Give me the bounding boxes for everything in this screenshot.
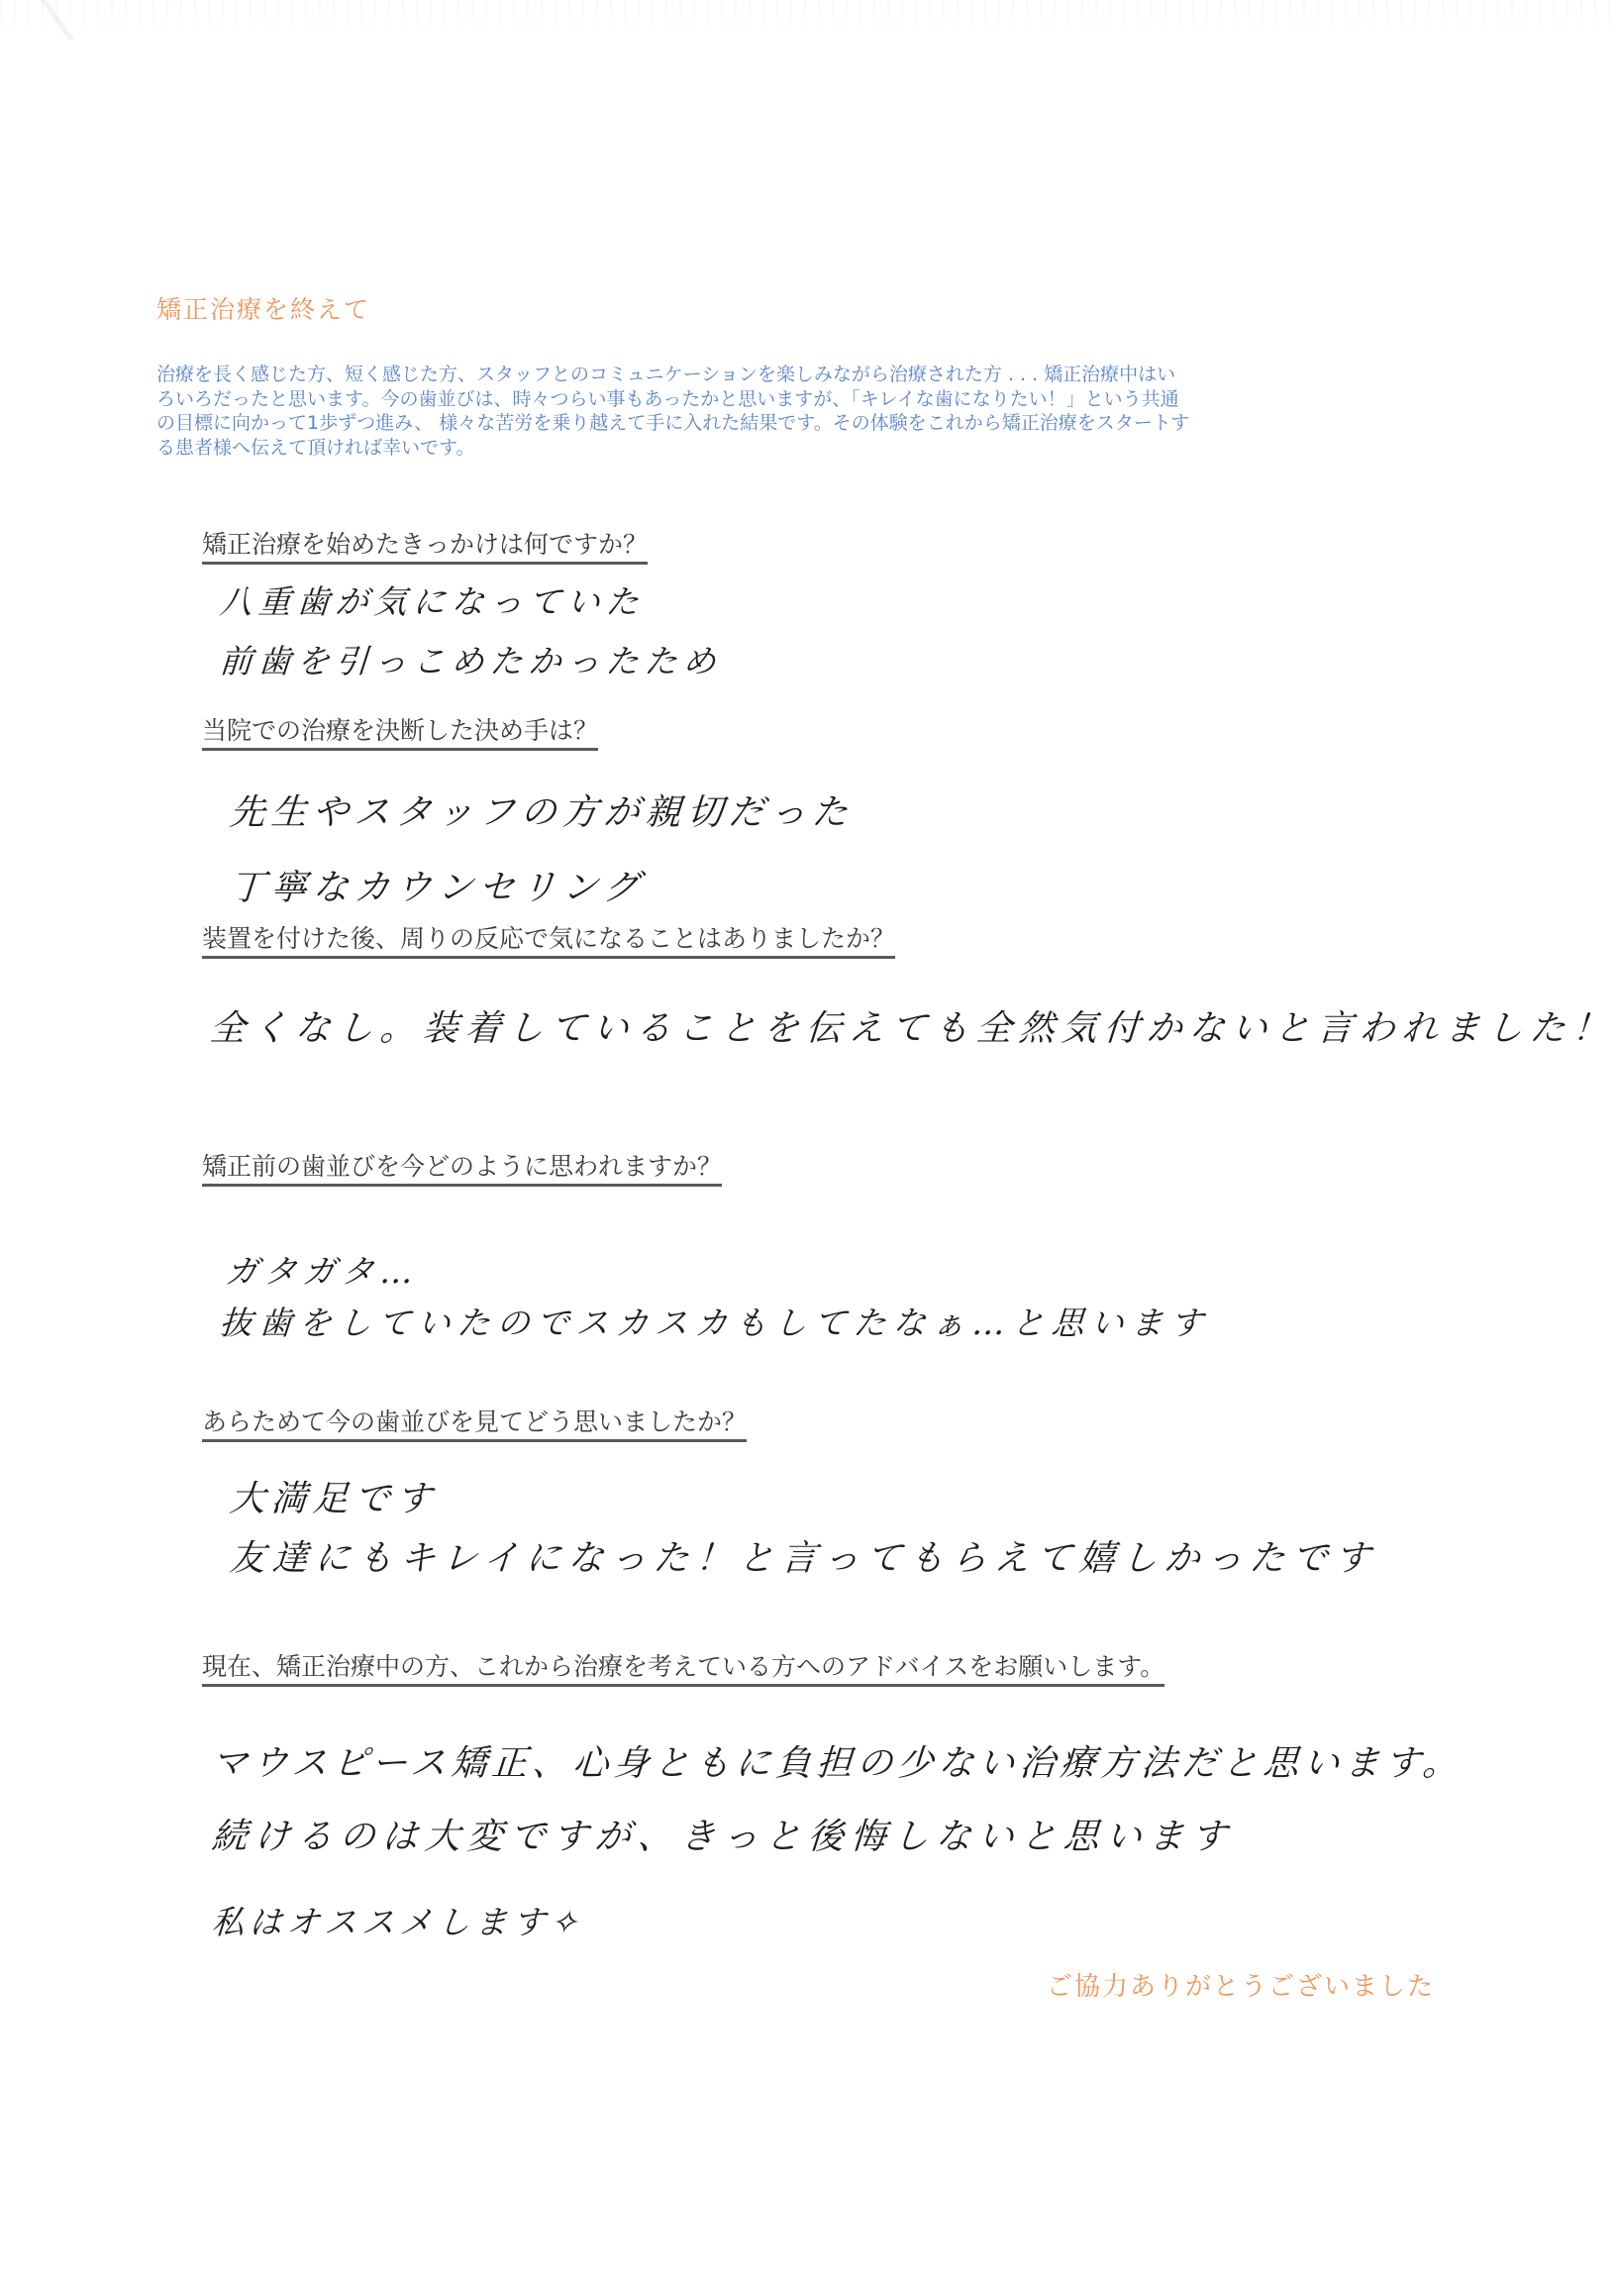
question-6: 現在、矯正治療中の方、これから治療を考えている方へのアドバイスをお願いします。 [202,1651,1164,1687]
question-3: 装置を付けた後、周りの反応で気になることはありましたか？ [202,923,895,959]
question-4: 矯正前の歯並びを今どのように思われますか？ [202,1151,722,1187]
intro-line: る患者様へ伝えて頂ければ幸いです。 [156,436,1464,461]
answer-4-line-1: ガタガタ… [224,1246,420,1293]
answer-1-line-2: 前歯を引っこめたかったため [218,636,723,682]
answer-4-line-2: 抜歯をしていたのでスカスカもしてたなぁ…と思います [218,1298,1211,1344]
intro-paragraph: 治療を長く感じた方、短く感じた方、スタッフとのコミュニケーションを楽しみながら治… [156,363,1464,460]
answer-6-line-1: マウスピース矯正、心身ともに負担の少ない治療方法だと思います。 [210,1735,1465,1786]
answer-6-line-2: 続けるのは大変ですが、きっと後悔しないと思います [210,1809,1236,1859]
question-1: 矯正治療を始めたきっかけは何ですか？ [202,529,648,565]
document-title: 矯正治療を終えて [156,290,370,326]
testimonial-page: 矯正治療を終えて 治療を長く感じた方、短く感じた方、スタッフとのコミュニケーショ… [0,0,1618,2296]
closing-thanks: ご協力ありがとうございました [1047,1966,1435,2003]
intro-line: の目標に向かって1歩ずつ進み、 様々な苦労を乗り越えて手に入れた結果です。その体… [156,411,1464,436]
intro-line: 治療を長く感じた方、短く感じた方、スタッフとのコミュニケーションを楽しみながら治… [156,363,1464,387]
intro-line: ろいろだったと思います。今の歯並びは、時々つらい事もあったかと思いますが、「キレ… [156,387,1464,412]
answer-2-line-2: 丁寧なカウンセリング [228,860,647,910]
question-5: あらためて今の歯並びを見てどう思いましたか？ [202,1407,747,1442]
answer-5-line-2: 友達にもキレイになった！と言ってもらえて嬉しかったです [228,1530,1378,1581]
answer-5-line-1: 大満足です [228,1471,440,1521]
scan-bleed-through [0,0,1618,40]
question-2: 当院での治療を決断した決め手は？ [202,715,598,751]
answer-2-line-1: 先生やスタッフの方が親切だった [228,784,856,835]
answer-3-line-1: 全くなし。装着していることを伝えても全然気付かないと言われました！ [208,1000,1617,1051]
answer-1-line-1: 八重歯が気になっていた [218,576,646,623]
answer-6-line-3: 私はオススメします✧ [210,1897,584,1943]
